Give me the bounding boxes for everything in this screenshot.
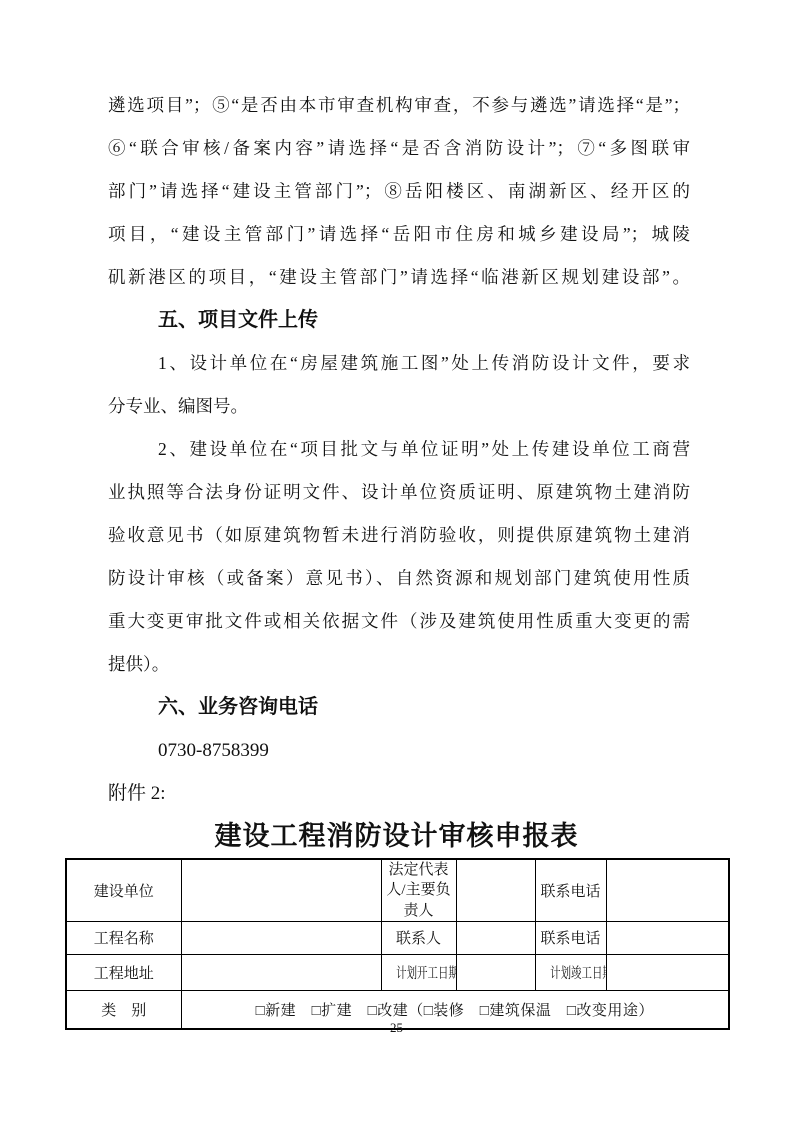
attachment-label: 附件 2: — [108, 772, 690, 815]
intro-line: ⑥“联合审核/备案内容”请选择“是否含消防设计”；⑦“多图联审 — [108, 127, 690, 170]
planned-start-date-field — [456, 954, 535, 990]
contact-phone-label: 联系电话 — [535, 859, 606, 921]
contact-phone-label: 联系电话 — [535, 921, 606, 954]
section-five-paragraph-line: 业执照等合法身份证明文件、设计单位资质证明、原建筑物土建消防 — [108, 471, 690, 514]
planned-start-date-label: 计划开工日期 — [381, 954, 456, 990]
project-address-field — [181, 954, 381, 990]
section-five-paragraph-line: 验收意见书（如原建筑物暂未进行消防验收，则提供原建筑物土建消 — [108, 514, 690, 557]
intro-line: 部门”请选择“建设主管部门”；⑧岳阳楼区、南湖新区、经开区的 — [108, 170, 690, 213]
section-six-heading: 六、业务咨询电话 — [108, 686, 690, 729]
planned-completion-date-field — [606, 954, 729, 990]
legal-representative-field — [456, 859, 535, 921]
application-form-table: 建设单位 法定代表人/主要负责人 联系电话 工程名称 联系人 联系电话 工程地址… — [65, 858, 730, 1030]
contact-phone-field — [606, 859, 729, 921]
section-five-paragraph-line: 提供）。 — [108, 643, 690, 686]
project-name-label: 工程名称 — [66, 921, 181, 954]
table-row: 工程名称 联系人 联系电话 — [66, 921, 729, 954]
planned-completion-date-label: 计划竣工日期 — [535, 954, 606, 990]
section-five-heading: 五、项目文件上传 — [108, 299, 690, 342]
section-five-paragraph-line: 重大变更审批文件或相关依据文件（涉及建筑使用性质重大变更的需 — [108, 600, 690, 643]
construction-unit-label: 建设单位 — [66, 859, 181, 921]
intro-line: 矶新港区的项目，“建设主管部门”请选择“临港新区规划建设部”。 — [108, 256, 690, 299]
legal-representative-label: 法定代表人/主要负责人 — [381, 859, 456, 921]
project-address-label: 工程地址 — [66, 954, 181, 990]
table-row: 建设单位 法定代表人/主要负责人 联系电话 — [66, 859, 729, 921]
section-five-paragraph-line: 1、设计单位在“房屋建筑施工图”处上传消防设计文件，要求 — [108, 342, 690, 385]
table-row: 工程地址 计划开工日期 计划竣工日期 — [66, 954, 729, 990]
page-number: 25 — [0, 1020, 793, 1036]
contact-person-field — [456, 921, 535, 954]
construction-unit-field — [181, 859, 381, 921]
contact-person-label: 联系人 — [381, 921, 456, 954]
intro-line: 遴选项目”；⑤“是否由本市审查机构审查，不参与遴选”请选择“是”； — [108, 84, 690, 127]
form-title: 建设工程消防设计审核申报表 — [0, 815, 793, 857]
intro-line: 项目，“建设主管部门”请选择“岳阳市住房和城乡建设局”；城陵 — [108, 213, 690, 256]
document-page: 遴选项目”；⑤“是否由本市审查机构审查，不参与遴选”请选择“是”； ⑥“联合审核… — [0, 0, 793, 1122]
project-name-field — [181, 921, 381, 954]
section-five-paragraph-line: 2、建设单位在“项目批文与单位证明”处上传建设单位工商营 — [108, 428, 690, 471]
phone-number: 0730-8758399 — [108, 729, 690, 772]
contact-phone-field — [606, 921, 729, 954]
body-text: 遴选项目”；⑤“是否由本市审查机构审查，不参与遴选”请选择“是”； ⑥“联合审核… — [108, 84, 690, 815]
section-five-paragraph-line: 防设计审核（或备案）意见书）、自然资源和规划部门建筑使用性质 — [108, 557, 690, 600]
section-five-paragraph-line: 分专业、编图号。 — [108, 385, 690, 428]
